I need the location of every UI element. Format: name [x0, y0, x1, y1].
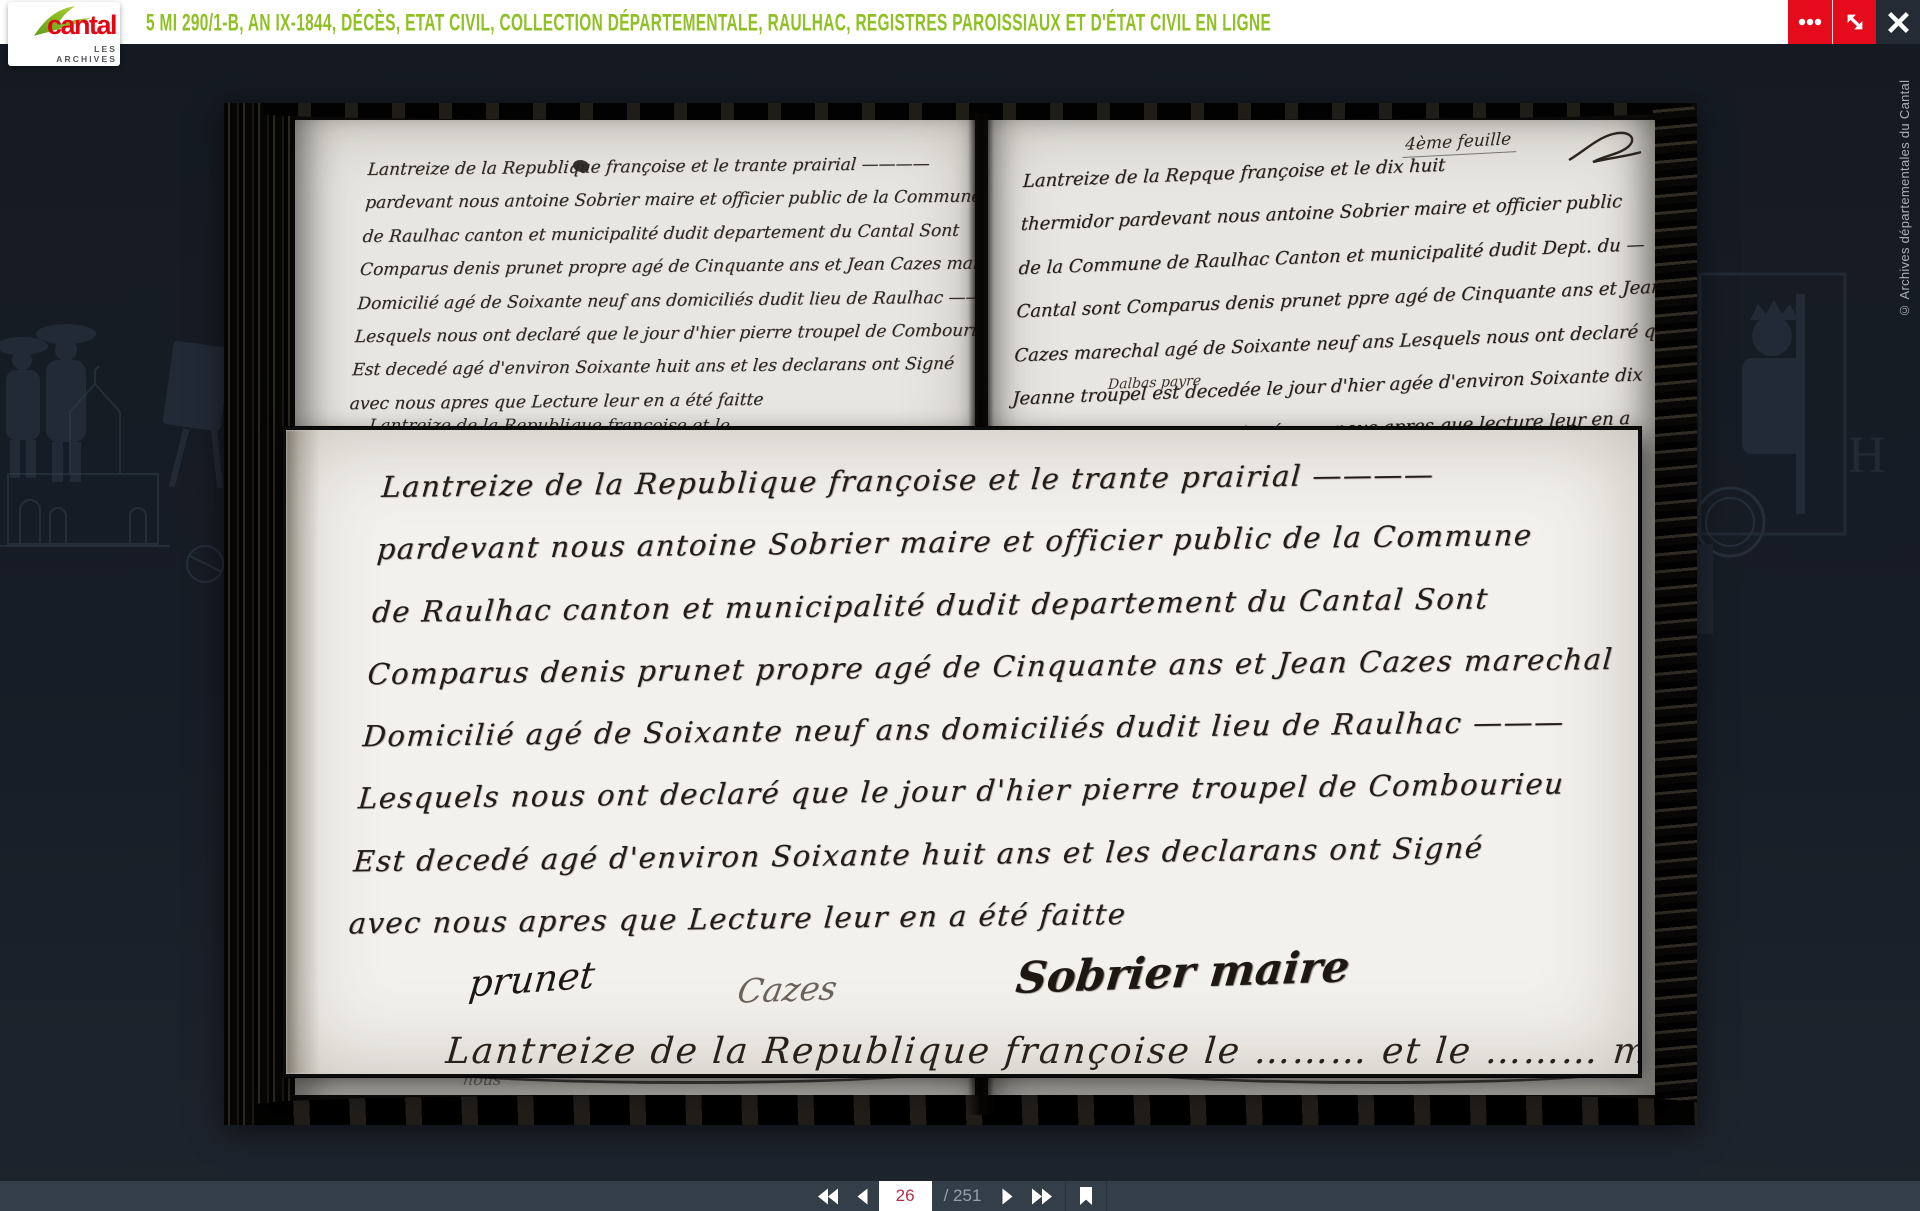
pager-bar: / 251 — [0, 1181, 1920, 1211]
manuscript-line: Est decedé agé d'environ Soixante huit a… — [351, 348, 954, 388]
close-button[interactable] — [1876, 0, 1920, 44]
diagonal-resize-icon — [1843, 10, 1867, 34]
image-viewer-canvas[interactable]: Lantreize de la Republique françoise et … — [0, 44, 1920, 1181]
logo-tagline-text: LES ARCHIVES — [43, 44, 117, 64]
signature-cazes: Cazes — [735, 968, 841, 1011]
header-buttons — [1788, 0, 1920, 44]
double-chevron-right-icon — [1031, 1188, 1052, 1205]
ellipsis-icon — [1797, 10, 1823, 34]
pager-divider — [1106, 1181, 1107, 1211]
page-total-label: / 251 — [944, 1186, 982, 1206]
next-page-button[interactable] — [993, 1181, 1022, 1211]
bookmark-icon — [1079, 1187, 1093, 1206]
signature-prunet: prunet — [467, 953, 597, 1005]
inset-handwriting: Lantreize de la Republique françoise et … — [346, 441, 1629, 955]
last-page-button[interactable] — [1022, 1181, 1061, 1211]
page-number-input[interactable] — [879, 1181, 932, 1211]
copyright-credit: © Archives départementales du Cantal — [1897, 78, 1912, 318]
inset-page-edge — [286, 430, 320, 1074]
expand-button[interactable] — [1832, 0, 1876, 44]
inset-next-entry-partial: Lantreize de la Republique françoise le … — [444, 1031, 1641, 1072]
right-page-handwriting: Lantreize de la Repque françoise et le d… — [1009, 136, 1648, 465]
signature-sobrier-maire: Sobrier maire — [1013, 942, 1352, 1004]
book-right-edge — [1653, 103, 1697, 1125]
previous-page-button[interactable] — [848, 1181, 877, 1211]
first-page-button[interactable] — [809, 1181, 848, 1211]
close-icon — [1887, 11, 1910, 34]
chevron-right-icon — [1002, 1188, 1013, 1205]
document-title: 5 MI 290/1-B, AN IX-1844, DÉCÈS, ETAT CI… — [146, 0, 1271, 46]
left-page-handwriting: Lantreize de la Republique françoise et … — [348, 148, 969, 422]
zoom-inset-overlay[interactable]: Lantreize de la Republique françoise et … — [283, 427, 1641, 1077]
more-options-button[interactable] — [1788, 0, 1832, 44]
chevron-left-icon — [857, 1188, 868, 1205]
logo-brand-text: cantal — [44, 10, 116, 40]
pager-divider — [1065, 1181, 1066, 1211]
header-bar: 5 MI 290/1-B, AN IX-1844, DÉCÈS, ETAT CI… — [0, 0, 1920, 44]
cantal-archives-logo[interactable]: cantal LES ARCHIVES — [8, 2, 120, 66]
double-chevron-left-icon — [818, 1188, 839, 1205]
pager-controls: / 251 — [809, 1181, 1112, 1211]
bookmark-button[interactable] — [1070, 1181, 1102, 1211]
